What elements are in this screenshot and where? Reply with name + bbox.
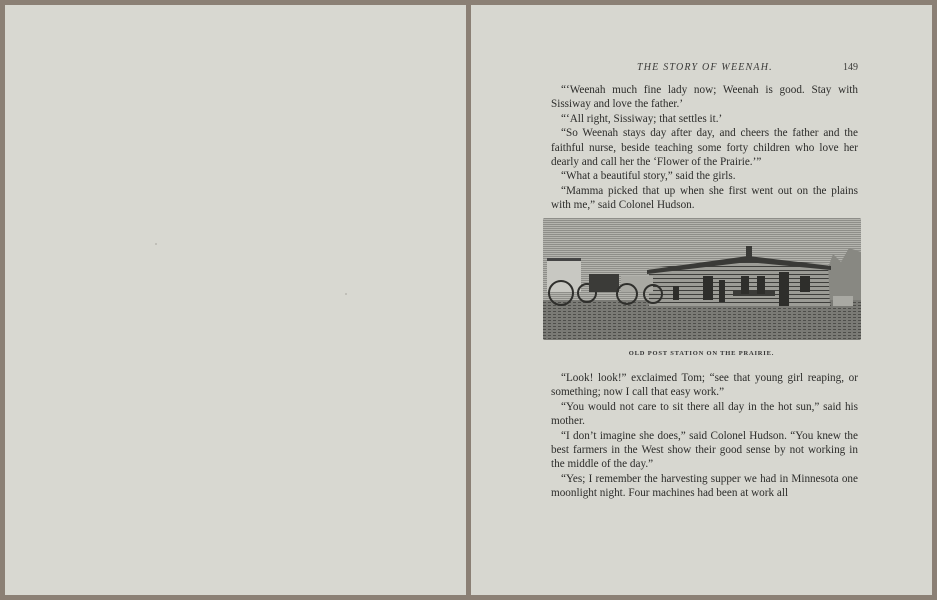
paragraph: “So Weenah stays day after day, and chee…	[551, 126, 858, 169]
post-station-illustration	[543, 218, 861, 340]
paragraph: “‘All right, Sissiway; that settles it.’	[551, 112, 858, 126]
text-block-bottom: “Look! look!” exclaimed Tom; “see that y…	[551, 371, 858, 501]
page-number: 149	[843, 62, 858, 73]
paper-speck	[155, 243, 157, 245]
running-head: THE STORY OF WEENAH. 149	[471, 62, 932, 76]
running-title: THE STORY OF WEENAH.	[637, 62, 773, 73]
right-page: THE STORY OF WEENAH. 149 “‘Weenah much f…	[471, 5, 932, 595]
illustration-caption: OLD POST STATION ON THE PRAIRIE.	[471, 350, 932, 357]
paragraph: “‘Weenah much fine lady now; Weenah is g…	[551, 83, 858, 112]
paper-speck	[345, 293, 347, 295]
paragraph: “Yes; I remember the harvesting supper w…	[551, 472, 858, 501]
text-block-top: “‘Weenah much fine lady now; Weenah is g…	[551, 83, 858, 213]
paragraph: “Look! look!” exclaimed Tom; “see that y…	[551, 371, 858, 400]
paragraph: “You would not care to sit there all day…	[551, 400, 858, 429]
left-page-blank	[5, 5, 466, 595]
paragraph: “What a beautiful story,” said the girls…	[551, 169, 858, 183]
paragraph: “Mamma picked that up when she first wen…	[551, 184, 858, 213]
paragraph: “I don’t imagine she does,” said Colonel…	[551, 429, 858, 472]
